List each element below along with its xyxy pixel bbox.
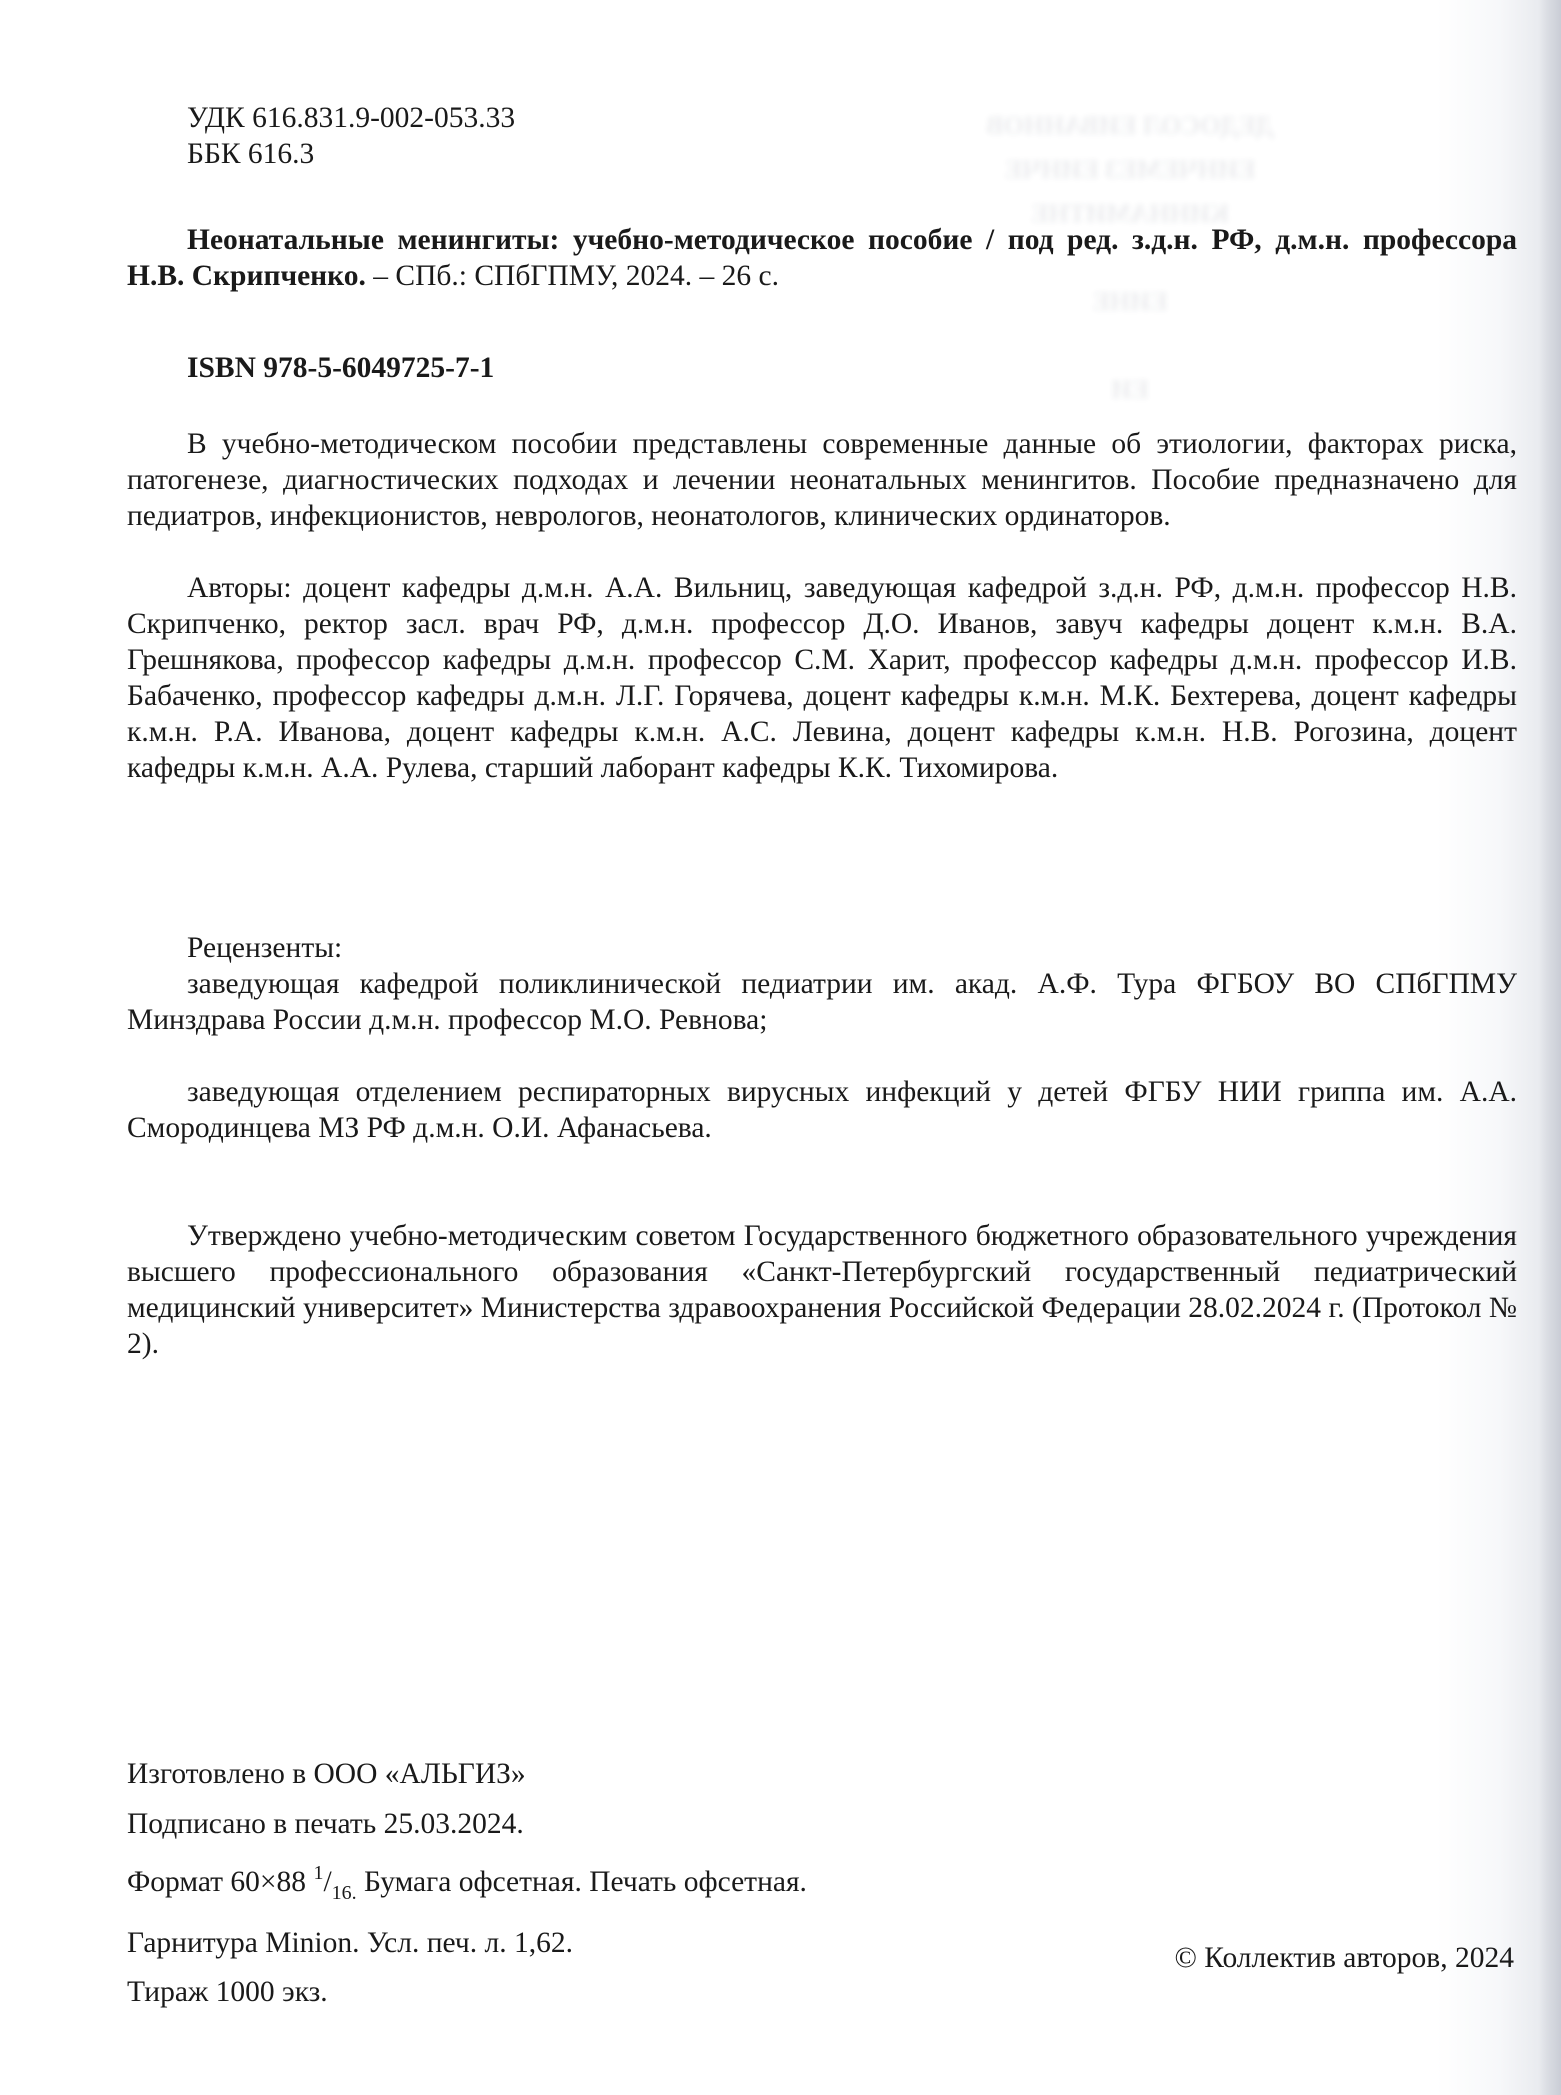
format-numerator: 1 <box>313 1862 323 1884</box>
authors-paragraph: Авторы: доцент кафедры д.м.н. А.А. Вильн… <box>127 570 1517 786</box>
format-prefix: Формат 60×88 <box>127 1866 313 1898</box>
imprint-format: Формат 60×88 1/16. Бумага офсетная. Печа… <box>127 1849 807 1919</box>
publication-info: – СПб.: СПбГПМУ, 2024. – 26 с. <box>366 260 779 292</box>
imprint-manufacturer: Изготовлено в ООО «АЛЬГИЗ» <box>127 1750 807 1800</box>
reviewers-heading: Рецензенты: <box>127 930 1517 966</box>
copyright-notice: © Коллектив авторов, 2024 <box>1174 1940 1514 1976</box>
isbn: ISBN 978-5-6049725-7-1 <box>187 350 494 386</box>
udk-code: УДК 616.831.9-002-053.33 <box>187 100 515 136</box>
imprint-print-run: Тираж 1000 экз. <box>127 1968 807 2018</box>
approval-paragraph: Утверждено учебно-методическим советом Г… <box>127 1218 1517 1362</box>
format-slash: / <box>323 1866 331 1898</box>
bibliographic-citation: Неонатальные менингиты: учебно-методичес… <box>127 222 1517 294</box>
imprint-typeface: Гарнитура Minion. Усл. печ. л. 1,62. <box>127 1919 807 1969</box>
format-denominator: 16. <box>332 1882 357 1904</box>
reviewer-1: заведующая кафедрой поликлинической педи… <box>127 966 1517 1038</box>
imprint-signed-date: Подписано в печать 25.03.2024. <box>127 1800 807 1850</box>
abstract-paragraph: В учебно-методическом пособии представле… <box>127 426 1517 534</box>
document-page: ДЕДОСОЛ ЕИВАННОВ ЕИНЧЕМЕЗ ЕИНЧЕ КИННАМИТ… <box>0 0 1561 2095</box>
format-suffix: Бумага офсетная. Печать офсетная. <box>357 1866 807 1898</box>
book-title: Неонатальные менингиты: учебно-методичес… <box>127 224 1517 292</box>
imprint-block: Изготовлено в ООО «АЛЬГИЗ» Подписано в п… <box>127 1750 807 2018</box>
page-edge-shadow <box>1539 0 1561 2095</box>
bbk-code: ББК 616.3 <box>187 136 314 172</box>
reviewer-2: заведующая отделением респираторных виру… <box>127 1074 1517 1146</box>
